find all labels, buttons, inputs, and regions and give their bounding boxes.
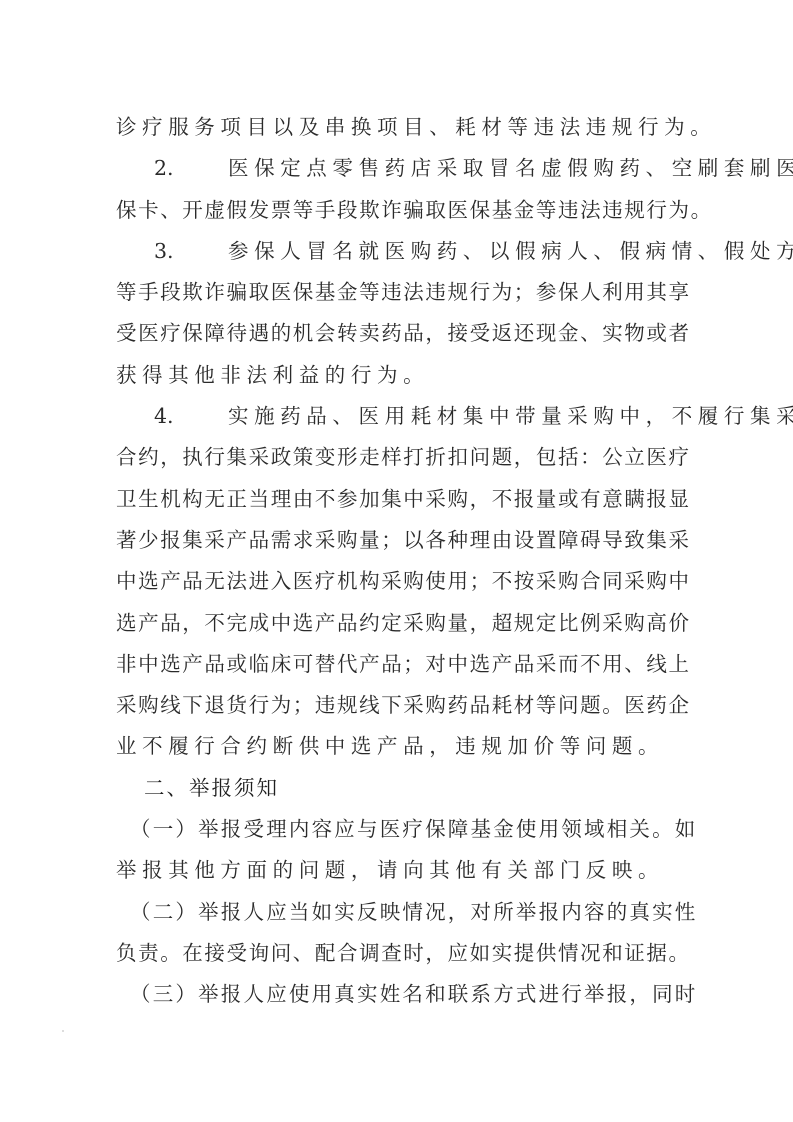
paragraph-line: 参保人冒名就医购药、以假病人、假病情、假处方 xyxy=(228,239,793,263)
paragraph-line: （三）举报人应使用真实姓名和联系方式进行举报，同时 xyxy=(116,974,688,1015)
paragraph-line: 中选产品无法进入医疗机构采购使用；不按采购合同采购中 xyxy=(116,561,688,602)
paragraph-line: 诊疗服务项目以及串换项目、耗材等违法违规行为。 xyxy=(116,107,688,148)
paragraph-line: 著少报集采产品需求采购量；以各种理由设置障碍导致集采 xyxy=(116,520,688,561)
list-item-4: 4.实施药品、医用耗材集中带量采购中，不履行集采 xyxy=(116,396,688,437)
item-number: 3. xyxy=(154,231,228,272)
document-page: 诊疗服务项目以及串换项目、耗材等违法违规行为。 2.医保定点零售药店采取冒名虚假… xyxy=(116,107,688,1016)
paragraph-line: 受医疗保障待遇的机会转卖药品，接受返还现金、实物或者 xyxy=(116,313,688,354)
paragraph-line: 举报其他方面的问题，请向其他有关部门反映。 xyxy=(116,850,688,891)
paragraph-line: 负责。在接受询问、配合调查时，应如实提供情况和证据。 xyxy=(116,933,688,974)
paragraph-line: 合约，执行集采政策变形走样打折扣问题，包括：公立医疗 xyxy=(116,437,688,478)
paragraph-line: （一）举报受理内容应与医疗保障基金使用领域相关。如 xyxy=(116,809,688,850)
paragraph-line: （二）举报人应当如实反映情况，对所举报内容的真实性 xyxy=(116,892,688,933)
item-number: 4. xyxy=(154,396,228,437)
paragraph-line: 实施药品、医用耗材集中带量采购中，不履行集采 xyxy=(228,404,793,428)
list-item-2: 2.医保定点零售药店采取冒名虚假购药、空刷套刷医 xyxy=(116,148,688,189)
scan-speck xyxy=(62,1030,64,1032)
section-heading: 二、举报须知 xyxy=(116,768,688,809)
paragraph-line: 非中选产品或临床可替代产品；对中选产品采而不用、线上 xyxy=(116,644,688,685)
paragraph-line: 卫生机构无正当理由不参加集中采购，不报量或有意瞒报显 xyxy=(116,479,688,520)
paragraph-line: 业不履行合约断供中选产品，违规加价等问题。 xyxy=(116,726,688,767)
paragraph-line: 选产品，不完成中选产品约定采购量，超规定比例采购高价 xyxy=(116,603,688,644)
paragraph-line: 采购线下退货行为；违规线下采购药品耗材等问题。医药企 xyxy=(116,685,688,726)
paragraph-line: 获得其他非法利益的行为。 xyxy=(116,355,688,396)
item-number: 2. xyxy=(154,148,228,189)
paragraph-line: 等手段欺诈骗取医保基金等违法违规行为；参保人利用其享 xyxy=(116,272,688,313)
list-item-3: 3.参保人冒名就医购药、以假病人、假病情、假处方 xyxy=(116,231,688,272)
paragraph-line: 医保定点零售药店采取冒名虚假购药、空刷套刷医 xyxy=(228,156,793,180)
paragraph-line: 保卡、开虚假发票等手段欺诈骗取医保基金等违法违规行为。 xyxy=(116,190,688,231)
